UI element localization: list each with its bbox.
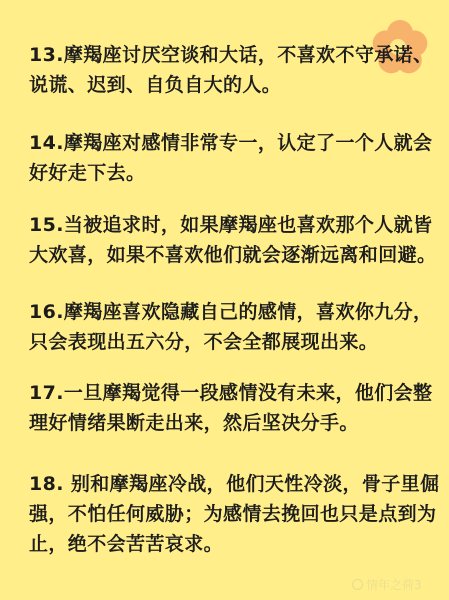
item-text-line: 15.当被追求时，如果摩羯座也喜欢那个人就皆 (29, 210, 439, 240)
list-item-14: 14.摩羯座对感情非常专一，认定了一个人就会 好好走下去。 (29, 128, 439, 188)
list-item-17: 17.一旦摩羯觉得一段感情没有未来，他们会整 理好情绪果断走出来，然后坚决分手。 (29, 378, 439, 438)
list-item-13: 13.摩羯座讨厌空谈和大话，不喜欢不守承诺、 说谎、迟到、自负自大的人。 (29, 40, 439, 100)
item-text-line: 16.摩羯座喜欢隐藏自己的感情，喜欢你九分， (29, 297, 439, 327)
item-text-line: 17.一旦摩羯觉得一段感情没有未来，他们会整 (29, 378, 439, 408)
list-item-15: 15.当被追求时，如果摩羯座也喜欢那个人就皆 大欢喜，如果不喜欢他们就会逐渐远离… (29, 210, 439, 270)
list-item-18: 18. 别和摩羯座冷战，他们天性冷淡，骨子里倔 强，不怕任何威胁；为感情去挽回也… (29, 469, 439, 559)
watermark: 情年之荷3 (352, 576, 422, 593)
item-text-line: 只会表现出五六分，不会全都展现出来。 (29, 327, 439, 357)
item-text-line: 说谎、迟到、自负自大的人。 (29, 70, 439, 100)
item-text-line: 好好走下去。 (29, 158, 439, 188)
item-text-line: 止，绝不会苦苦哀求。 (29, 529, 439, 559)
item-text-line: 13.摩羯座讨厌空谈和大话，不喜欢不守承诺、 (29, 40, 439, 70)
page: 13.摩羯座讨厌空谈和大话，不喜欢不守承诺、 说谎、迟到、自负自大的人。 14.… (0, 0, 449, 600)
item-text-line: 理好情绪果断走出来，然后坚决分手。 (29, 408, 439, 438)
watermark-text: 情年之荷3 (366, 576, 422, 593)
list-item-16: 16.摩羯座喜欢隐藏自己的感情，喜欢你九分， 只会表现出五六分，不会全都展现出来… (29, 297, 439, 357)
item-text-line: 14.摩羯座对感情非常专一，认定了一个人就会 (29, 128, 439, 158)
watermark-logo-icon (352, 579, 363, 590)
item-text-line: 18. 别和摩羯座冷战，他们天性冷淡，骨子里倔 (29, 469, 439, 499)
item-text-line: 强，不怕任何威胁；为感情去挽回也只是点到为 (29, 499, 439, 529)
item-text-line: 大欢喜，如果不喜欢他们就会逐渐远离和回避。 (29, 240, 439, 270)
